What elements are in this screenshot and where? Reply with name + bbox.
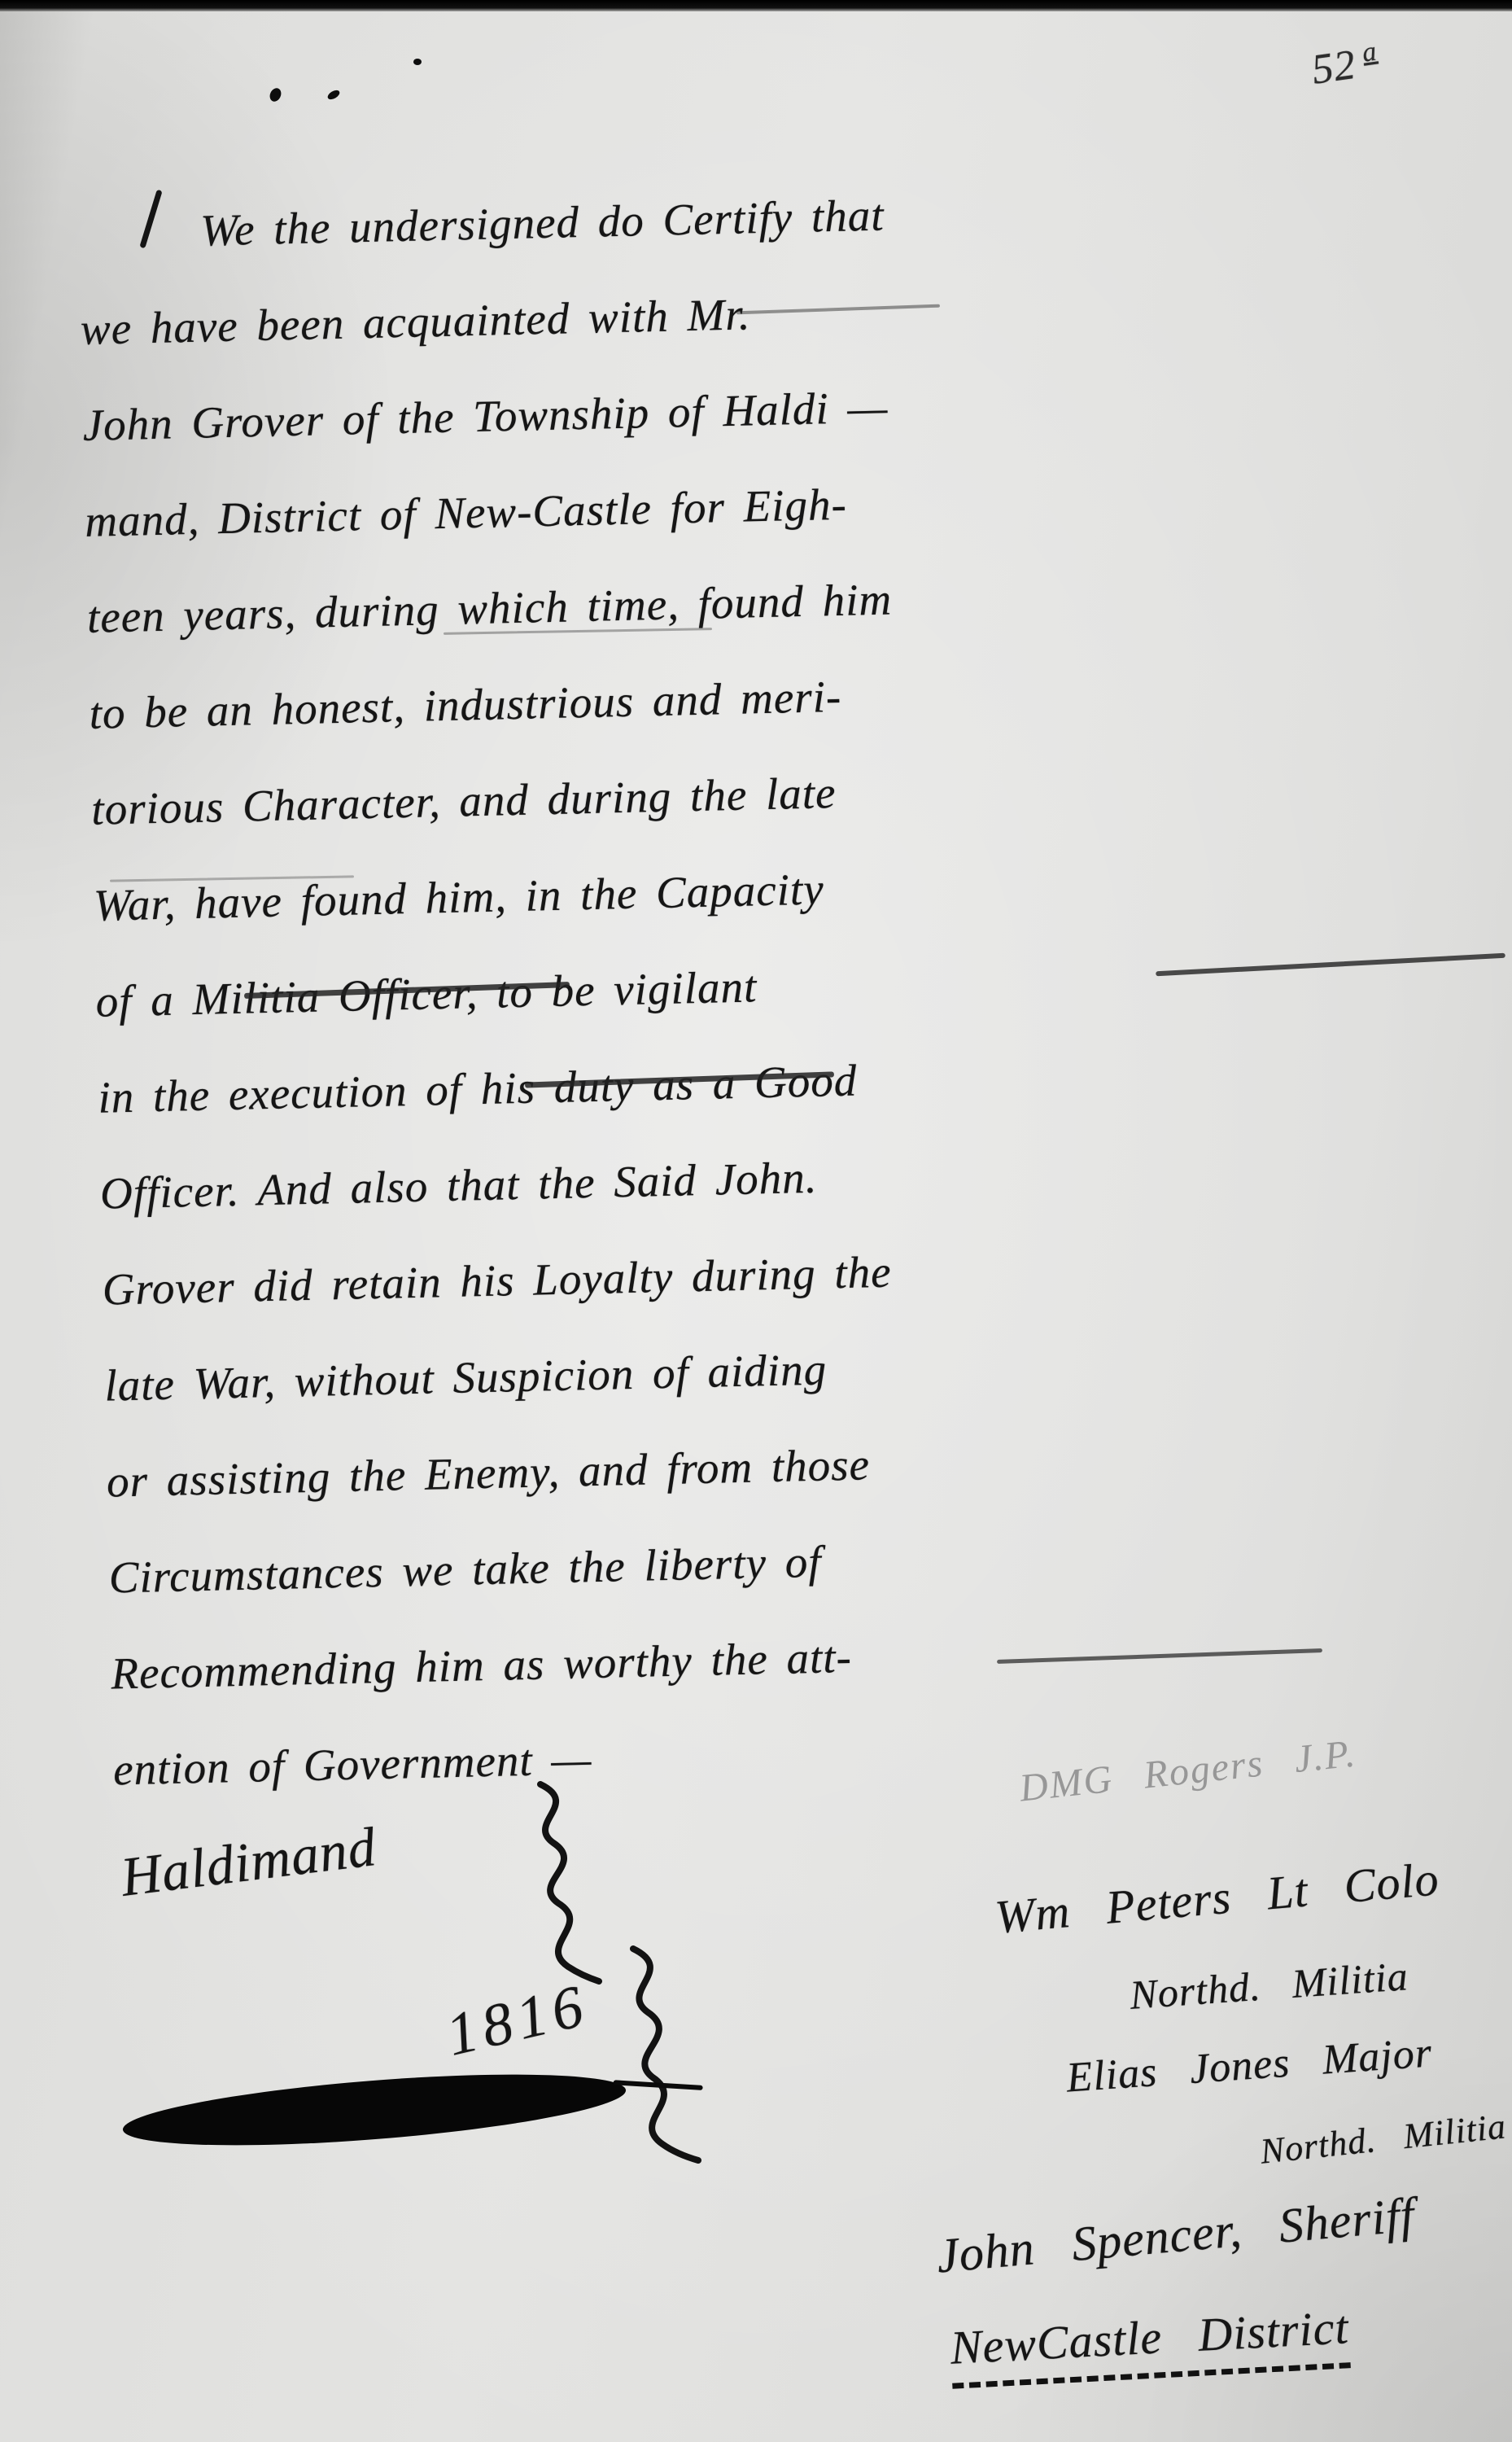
signature-rank-militia: Northd. Militia — [1128, 1952, 1409, 2019]
curly-brace — [609, 1945, 714, 2165]
ink-speck — [326, 89, 341, 102]
signature-district: NewCastle District — [949, 2300, 1351, 2389]
page-number: 52a — [1309, 37, 1382, 94]
ink-speck — [413, 59, 422, 65]
dateline-year: 1816 — [440, 1971, 596, 2070]
page-number-suffix: a — [1361, 37, 1379, 68]
signature-peters: Wm Peters Lt Colo — [993, 1851, 1441, 1944]
signature-rank-militia: Northd. Militia — [1258, 2105, 1508, 2172]
curly-brace — [518, 1781, 615, 1985]
dateline-place: Haldimand — [117, 1814, 379, 1910]
manuscript-page: 52a We the undersigned do Certify that w… — [0, 0, 1512, 2442]
signature-spencer: John Spencer, Sheriff — [934, 2186, 1417, 2284]
letter-body: We the undersigned do Certify that we ha… — [77, 153, 1512, 1818]
ink-blot — [120, 2061, 628, 2159]
page-number-value: 52 — [1309, 42, 1359, 94]
signature-jones: Elias Jones Major — [1064, 2028, 1433, 2102]
ink-speck — [268, 86, 283, 103]
scan-edge-top — [0, 0, 1512, 11]
